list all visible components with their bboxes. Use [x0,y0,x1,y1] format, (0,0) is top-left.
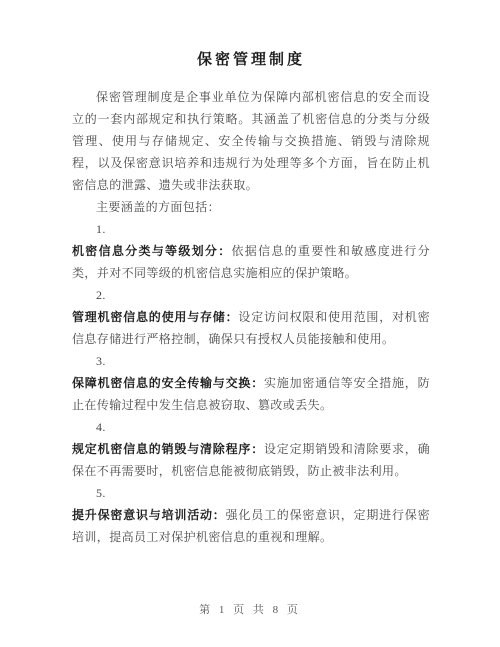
document-body: 保密管理制度是企事业单位为保障内部机密信息的安全而设立的一套内部规定和执行策略。… [72,86,430,548]
document-content: 保密管理制度 保密管理制度是企事业单位为保障内部机密信息的安全而设立的一套内部规… [72,50,430,548]
item-number: 1. [72,218,430,240]
item-heading: 管理机密信息的使用与存储： [72,310,238,324]
item-heading: 机密信息分类与等级划分： [72,244,232,258]
item-number: 3. [72,350,430,372]
intro-paragraph: 保密管理制度是企事业单位为保障内部机密信息的安全而设立的一套内部规定和执行策略。… [72,86,430,196]
item-heading: 规定机密信息的销毁与清除程序： [72,442,264,456]
item-number: 5. [72,482,430,504]
item-paragraph: 保障机密信息的安全传输与交换：实施加密通信等安全措施，防止在传输过程中发生信息被… [72,372,430,416]
page-number-label: 第 1 页 共 8 页 [199,604,301,616]
lead-paragraph: 主要涵盖的方面包括： [72,196,430,218]
numbered-item: 4. 规定机密信息的销毁与清除程序：设定定期销毁和清除要求，确保在不再需要时，机… [72,416,430,482]
item-paragraph: 提升保密意识与培训活动：强化员工的保密意识，定期进行保密培训，提高员工对保护机密… [72,504,430,548]
item-paragraph: 机密信息分类与等级划分：依据信息的重要性和敏感度进行分类，并对不同等级的机密信息… [72,240,430,284]
item-heading: 提升保密意识与培训活动： [72,508,226,522]
numbered-item: 3. 保障机密信息的安全传输与交换：实施加密通信等安全措施，防止在传输过程中发生… [72,350,430,416]
numbered-item: 1. 机密信息分类与等级划分：依据信息的重要性和敏感度进行分类，并对不同等级的机… [72,218,430,284]
item-heading: 保障机密信息的安全传输与交换： [72,376,264,390]
document-page: 保密管理制度 保密管理制度是企事业单位为保障内部机密信息的安全而设立的一套内部规… [0,0,500,647]
item-paragraph: 管理机密信息的使用与存储：设定访问权限和使用范围，对机密信息存储进行严格控制，确… [72,306,430,350]
page-footer: 第 1 页 共 8 页 [0,601,500,617]
document-title: 保密管理制度 [72,50,430,70]
item-paragraph: 规定机密信息的销毁与清除程序：设定定期销毁和清除要求，确保在不再需要时，机密信息… [72,438,430,482]
item-number: 4. [72,416,430,438]
numbered-item: 2. 管理机密信息的使用与存储：设定访问权限和使用范围，对机密信息存储进行严格控… [72,284,430,350]
item-number: 2. [72,284,430,306]
numbered-item: 5. 提升保密意识与培训活动：强化员工的保密意识，定期进行保密培训，提高员工对保… [72,482,430,548]
